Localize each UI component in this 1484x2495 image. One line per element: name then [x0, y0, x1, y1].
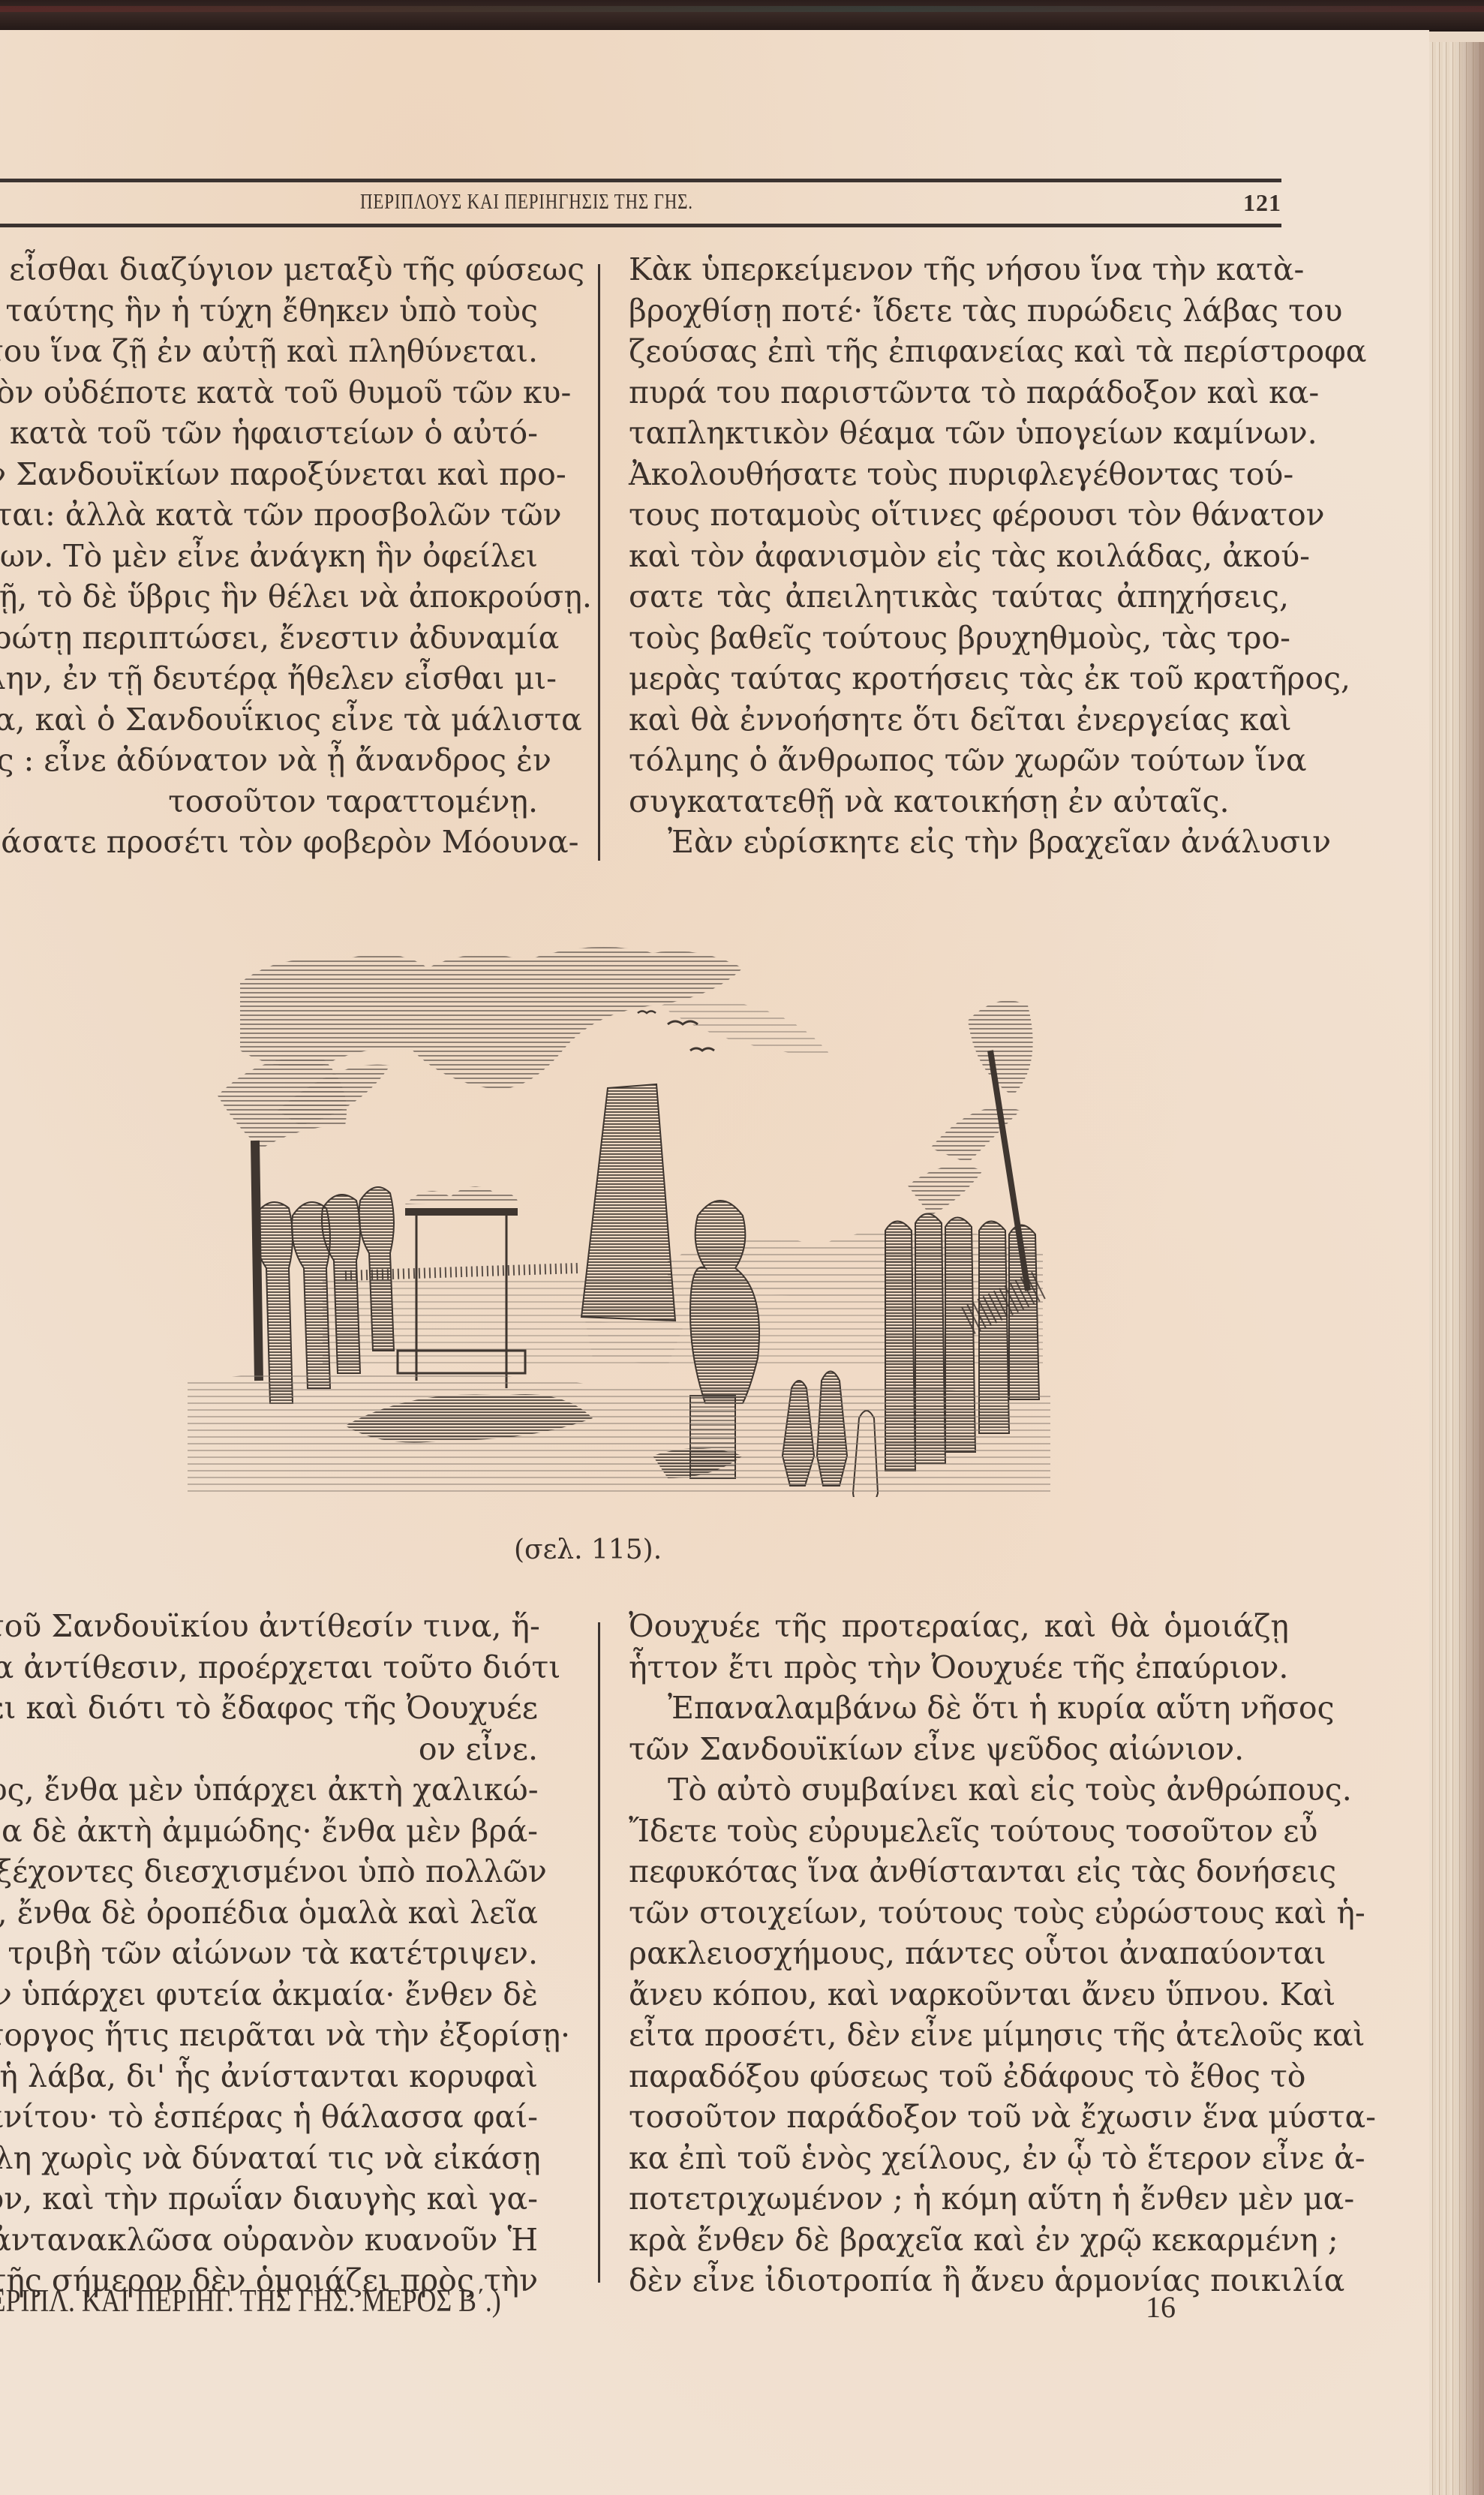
- text-line: ουδάσατε προσέτι τὸν φοβερὸν Μόουνα-: [0, 822, 538, 863]
- text-line: ρακλειοσχήμους, πάντες οὗτοι ἀναπαύονται: [629, 1933, 1289, 1974]
- text-line: ον, καὶ τὴν πρωΐαν διαυγὴς καὶ γα-: [0, 2178, 538, 2220]
- text-line: ττεται: ἀλλὰ κατὰ τῶν προσβολῶν τῶν: [0, 494, 538, 536]
- running-title: ΠΕΡΙΠΛΟΥΣ ΚΑΙ ΠΕΡΙΗΓΗΣΙΣ ΤΗΣ ΓΗΣ.: [360, 191, 693, 215]
- text-line: πὶ τοῦ Σανδουϊκίου ἀντίθεσίν τινα, ἥ-: [0, 1606, 538, 1647]
- text-line: καὶ τὸν ἀφανισμὸν εἰς τὰς κοιλάδας, ἀκού…: [629, 536, 1289, 577]
- text-line: Ὀουχυέε τῆς προτεραίας, καὶ θὰ ὁμοιάζῃ: [629, 1606, 1289, 1647]
- text-line: ροςῇ, τὸ δὲ ὕβρις ἣν θέλει νὰ ἀποκρούσῃ.: [0, 576, 538, 618]
- text-line: ώπων. Τὸ μὲν εἶνε ἀνάγκη ἣν ὀφείλει: [0, 536, 538, 577]
- text-line: βροχθίσῃ ποτέ· ἴδετε τὰς πυρώδεις λάβας …: [629, 290, 1289, 332]
- text-line: συγκατατεθῇ νὰ κατοικήσῃ ἐν αὐταῖς.: [629, 781, 1289, 822]
- text-line: μερὰς ταύτας κροτήσεις τὰς ἐκ τοῦ κρατῆρ…: [629, 658, 1289, 699]
- text-line: ζεούσας ἐπὶ τῆς ἐπιφανείας καὶ τὰ περίστ…: [629, 331, 1289, 372]
- text-line: γρανίτου· τὸ ἑσπέρας ἡ θάλασσα φαί-: [0, 2097, 538, 2138]
- text-line: ἄνευ κόπου, καὶ ναρκοῦνται ἄνευ ὕπνου. Κ…: [629, 1974, 1289, 2016]
- upper-left-column: λεν εἶσθαι διαζύγιον μεταξὺ τῆς φύσεωςαἰ…: [0, 249, 538, 863]
- text-line: τῶν στοιχείων, τούτους τοὺς εὐρώστους κα…: [629, 1892, 1289, 1934]
- temple-idols-illustration: [173, 900, 1058, 1497]
- text-line: α ἡ λάβα, δι' ἧς ἀνίστανται κορυφαὶ: [0, 2056, 538, 2097]
- text-line: τοσοῦτον ταραττομένῃ.: [0, 781, 538, 822]
- text-line: πεφυκότας ἵνα ἀνθίστανται εἰς τὰς δονήσε…: [629, 1851, 1289, 1892]
- text-line: εἶτα προσέτι, δὲν εἶνε μίμησις τῆς ἀτελο…: [629, 2015, 1289, 2056]
- text-line: τους ποταμοὺς οἵτινες φέρουσι τὸν θάνατο…: [629, 494, 1289, 536]
- sheet-number: 16: [1146, 2289, 1176, 2325]
- text-line: τοσοῦτον παράδοξον τοῦ νὰ ἔχωσιν ἕνα μύσ…: [629, 2097, 1289, 2138]
- text-line: τῶν Σανδουϊκίων εἶνε ψεῦδος αἰώνιον.: [629, 1729, 1289, 1770]
- text-line: ῇ πρώτῃ περιπτώσει, ἔνεστιν ἀδυναμία: [0, 618, 538, 659]
- engraving-illustration: [173, 900, 1058, 1497]
- text-line: ν ἢ κατὰ τοῦ τῶν ἡφαιστείων ὁ αὐτό-: [0, 413, 538, 454]
- text-line: Ἴδετε τοὺς εὐρυμελεῖς τούτους τοσοῦτον ε…: [629, 1811, 1289, 1852]
- text-line: α, ἀντανακλῶσα οὐρανὸν κυανοῦν Ἡ: [0, 2220, 538, 2261]
- text-line: αἰ ταύτης ἣν ἡ τύχη ἔθηκεν ὑπὸ τοὺς: [0, 290, 538, 332]
- upper-right-column: Κὰκ ὑπερκείμενον τῆς νήσου ἵνα τὴν κατὰ-…: [629, 249, 1289, 863]
- running-head: ΠΕΡΙΠΛΟΥΣ ΚΑΙ ΠΕΡΙΗΓΗΣΙΣ ΤΗΣ ΓΗΣ. 121: [0, 188, 1281, 218]
- text-line: υχία, καὶ ὁ Σανδουΐκιος εἶνε τὰ μάλιστα: [0, 699, 538, 741]
- text-line: ἔχει καὶ διότι τὸ ἔδαφος τῆς Ὀουχυέε: [0, 1688, 538, 1729]
- text-line: ἡ τριβὴ τῶν αἰώνων τὰ κατέτριψεν.: [0, 1933, 538, 1974]
- text-line: ηθῶς, ἔνθα μὲν ὑπάρχει ἀκτὴ χαλικώ-: [0, 1769, 538, 1811]
- text-line: Κὰκ ὑπερκείμενον τῆς νήσου ἵνα τὴν κατὰ-: [629, 249, 1289, 290]
- text-line: ον εἶνε.: [0, 1729, 538, 1770]
- column-divider-lower: [598, 1622, 600, 2283]
- text-line: λεν εἶσθαι διαζύγιον μεταξὺ τῆς φύσεως: [0, 249, 538, 290]
- text-line: τινα ἀντίθεσιν, προέρχεται τοῦτο διότι: [0, 1647, 538, 1688]
- text-line: Ἐὰν εὑρίσκητε εἰς τὴν βραχεῖαν ἀνάλυσιν: [629, 822, 1289, 863]
- lower-left-column: πὶ τοῦ Σανδουϊκίου ἀντίθεσίν τινα, ἥ-τιν…: [0, 1606, 538, 2301]
- text-line: καὶ θὰ ἐννοήσητε ὅτι δεῖται ἐνεργείας κα…: [629, 699, 1289, 741]
- text-line: Ἐπαναλαμβάνω δὲ ὅτι ἡ κυρία αὕτη νῆσος: [629, 1688, 1289, 1729]
- text-line: νθα δὲ ἀκτὴ ἀμμώδης· ἔνθα μὲν βρά-: [0, 1811, 538, 1852]
- book-cover-edge: [0, 0, 1484, 32]
- text-line: Ἀκολουθήσατε τοὺς πυριφλεγέθοντας τού-: [629, 454, 1289, 495]
- text-line: ζεδὸν οὐδέποτε κατὰ τοῦ θυμοῦ τῶν κυ-: [0, 372, 538, 413]
- page-edges: [1429, 42, 1484, 2495]
- lower-right-column: Ὀουχυέε τῆς προτεραίας, καὶ θὰ ὁμοιάζῃἧτ…: [629, 1606, 1289, 2301]
- text-line: ἧττον ἔτι πρὸς τὴν Ὀουχυέε τῆς ἐπαύριον.: [629, 1647, 1289, 1688]
- text-line: ταπληκτικὸν θέαμα τῶν ὑπογείων καμίνων.: [629, 413, 1289, 454]
- text-line: ποτετριχωμένον ; ἡ κόμη αὕτη ἡ ἔνθεν μὲν…: [629, 2178, 1289, 2220]
- book-page: ΠΕΡΙΠΛΟΥΣ ΚΑΙ ΠΕΡΙΗΓΗΣΙΣ ΤΗΣ ΓΗΣ. 121 λε…: [0, 30, 1429, 2495]
- illustration-caption: (σελ. 115).: [514, 1535, 662, 1565]
- text-line: Τὸ αὐτὸ συμβαίνει καὶ εἰς τοὺς ἀνθρώπους…: [629, 1769, 1289, 1811]
- page-number: 121: [1243, 189, 1281, 217]
- text-line: κα ἐπὶ τοῦ ἑνὸς χείλους, ἐν ᾧ τὸ ἕτερον …: [629, 2138, 1289, 2179]
- text-line: σατε τὰς ἀπειλητικὰς ταύτας ἀπηχήσεις,: [629, 576, 1289, 618]
- header-rule-bottom: [0, 224, 1281, 227]
- text-line: πυρά του παριστῶντα τὸ παράδοξον καὶ κα-: [629, 372, 1289, 413]
- text-line: τοὺς βαθεῖς τούτους βρυχηθμοὺς, τὰς τρο-: [629, 618, 1289, 659]
- text-line: μὲν ὑπάρχει φυτεία ἀκμαία· ἔνθεν δὲ: [0, 1974, 538, 2016]
- header-rule-top: [0, 179, 1281, 182]
- page-footer: ΠΕΡΙΠΛ. ΚΑΙ ΠΕΡΙΗΓ. ΤΗΣ ΓΗΣ. ΜΕΡΟΣ Β΄.) …: [0, 2283, 1305, 2328]
- column-divider-upper: [598, 264, 600, 861]
- text-line: ς του ἵνα ζῇ ἐν αὐτῇ καὶ πληθύνεται.: [0, 331, 538, 372]
- text-line: πάλην, ἐν τῇ δευτέρᾳ ἤθελεν εἶσθαι μι-: [0, 658, 538, 699]
- text-line: ργίλη χωρὶς νὰ δύναταί τις νὰ εἰκάσῃ: [0, 2138, 538, 2179]
- text-line: ων, ἔνθα δὲ ὀροπέδια ὁμαλὰ καὶ λεῖα: [0, 1892, 538, 1934]
- text-line: τόλμης ὁ ἄνθρωπος τῶν χωρῶν τούτων ἵνα: [629, 740, 1289, 781]
- signature-line: ΠΕΡΙΠΛ. ΚΑΙ ΠΕΡΙΗΓ. ΤΗΣ ΓΗΣ. ΜΕΡΟΣ Β΄.): [0, 2283, 501, 2319]
- text-line: κρὰ ἔνθεν δὲ βραχεῖα καὶ ἐν χρῷ κεκαρμέν…: [629, 2220, 1289, 2261]
- text-line: παραδόξου φύσεως τοῦ ἐδάφους τὸ ἔθος τὸ: [629, 2056, 1289, 2097]
- text-line: ερεξέχοντες διεσχισμένοι ὑπὸ πολλῶν: [0, 1851, 538, 1892]
- text-line: ἄστοργος ἥτις πειρᾶται νὰ τὴν ἐξορίσῃ·: [0, 2015, 538, 2056]
- text-line: αῖος : εἶνε ἀδύνατον νὰ ᾖ ἄνανδρος ἐν: [0, 740, 538, 781]
- text-line: τῶν Σανδουϊκίων παροξύνεται καὶ προ-: [0, 454, 538, 495]
